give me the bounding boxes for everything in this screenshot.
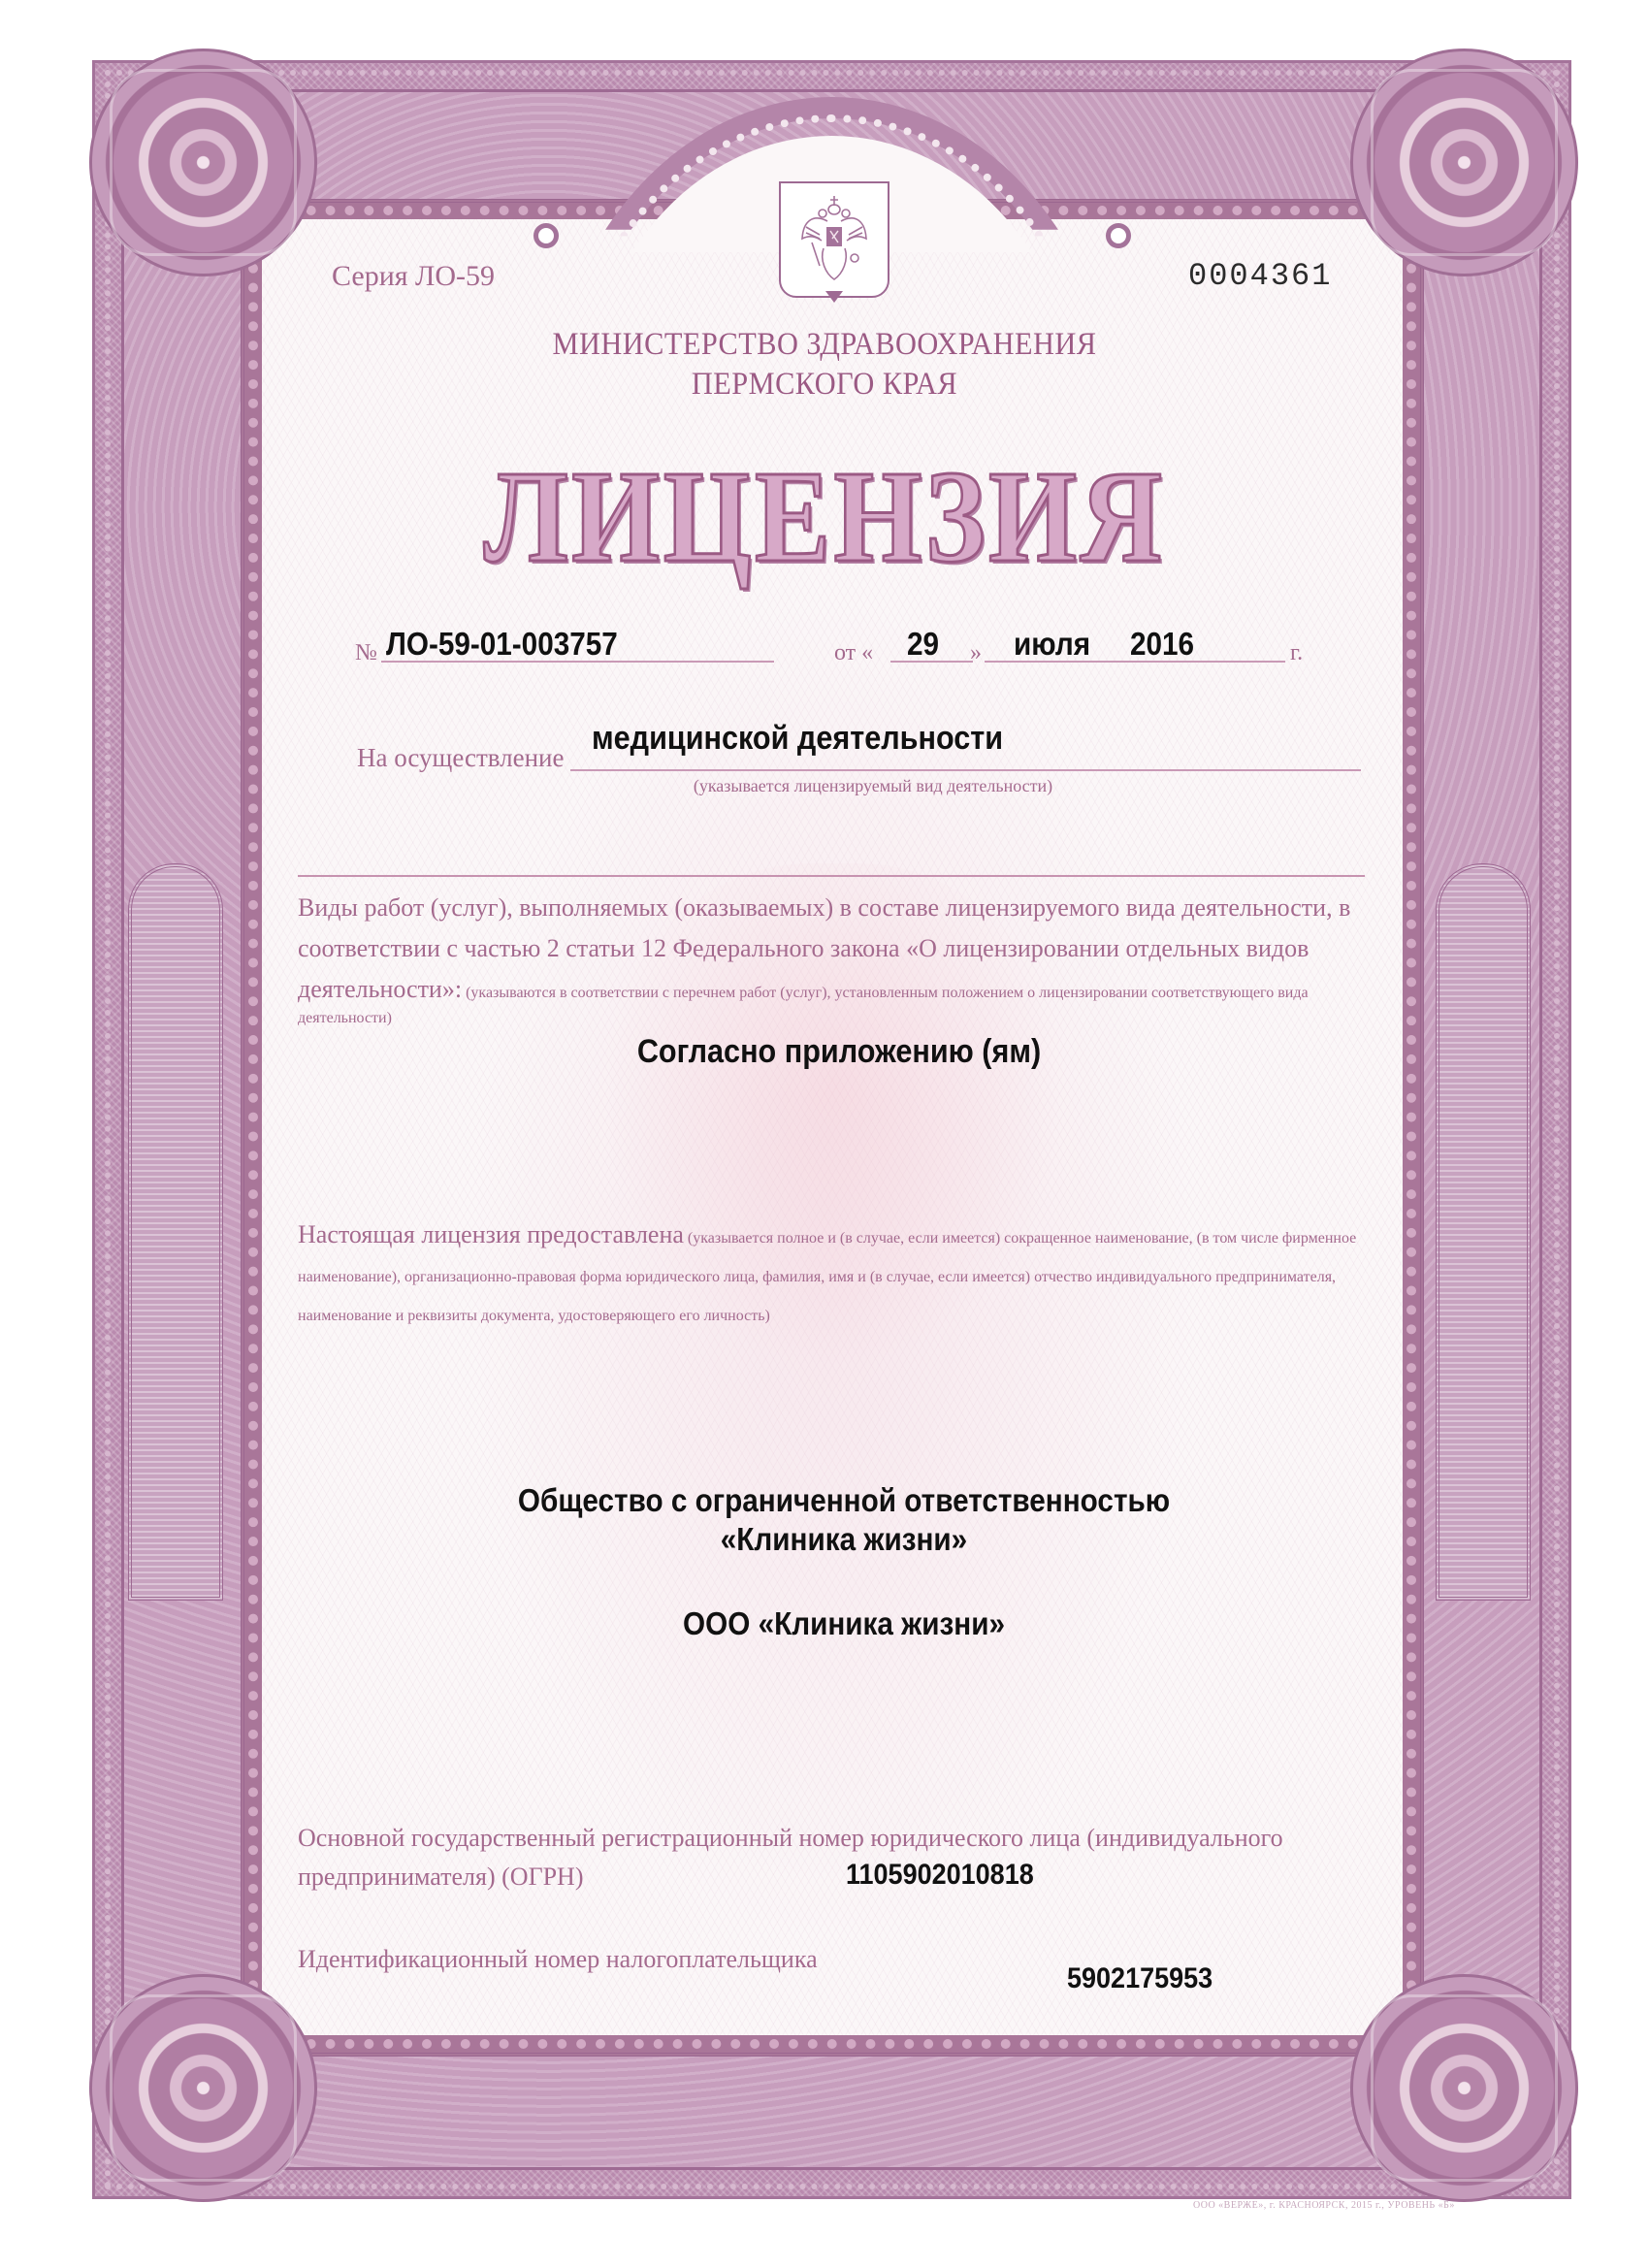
activity-value: медицинской деятельности — [592, 720, 1003, 758]
licensee-text: Настоящая лицензия предоставлена — [298, 1220, 684, 1248]
activity-label: На осуществление — [357, 743, 565, 773]
licensee-full-name: Общество с ограниченной ответственностью… — [84, 1481, 1603, 1559]
inn-value: 5902175953 — [1067, 1962, 1212, 1995]
licensee-description: Настоящая лицензия предоставлена (указыв… — [298, 1215, 1365, 1336]
works-description: Виды работ (услуг), выполняемых (оказыва… — [298, 888, 1365, 1027]
activity-underline — [570, 769, 1361, 771]
issuer-line-2: ПЕРМСКОГО КРАЯ — [66, 367, 1583, 403]
license-month: июля — [1014, 626, 1090, 663]
arch-knob-left-icon — [533, 223, 559, 248]
works-value: Согласно приложению (ям) — [84, 1033, 1595, 1071]
shield-tip — [825, 291, 843, 303]
license-number: ЛО-59-01-003757 — [386, 626, 618, 663]
ogrn-label: Основной государственный регистрационный… — [298, 1819, 1374, 1896]
issuer-line-1: МИНИСТЕРСТВО ЗДРАВООХРАНЕНИЯ — [66, 327, 1583, 363]
licensee-full-name-line1: Общество с ограниченной ответственностью — [84, 1481, 1603, 1520]
license-certificate: Серия ЛО-59 0004361 МИНИСТЕРСТВО ЗДРАВОО… — [0, 0, 1649, 2268]
month-year-underline — [985, 661, 1285, 663]
license-number-label: № — [355, 640, 377, 666]
section-divider — [298, 875, 1365, 877]
license-year: 2016 — [1130, 626, 1194, 663]
license-day: 29 — [907, 626, 939, 663]
license-number-underline — [381, 661, 774, 663]
licensee-full-name-line2: «Клиника жизни» — [84, 1520, 1603, 1559]
year-suffix: г. — [1290, 640, 1303, 666]
date-close-quote: » — [970, 640, 982, 666]
activity-hint: (указывается лицензируемый вид деятельно… — [0, 776, 1649, 796]
document-title: ЛИЦЕНЗИЯ — [115, 441, 1534, 593]
licensee-short-name: ООО «Клиника жизни» — [84, 1605, 1603, 1642]
arch-knob-right-icon — [1106, 223, 1131, 248]
russian-coat-of-arms-icon — [798, 192, 870, 287]
corner-rosette-top-right-icon — [1350, 49, 1578, 276]
series-label: Серия ЛО-59 — [332, 260, 495, 293]
date-from-label: от « — [834, 640, 873, 666]
printer-imprint: ООО «ВЕРЖЕ», г. КРАСНОЯРСК, 2015 г., УРО… — [1193, 2200, 1455, 2211]
serial-number: 0004361 — [1188, 258, 1332, 294]
corner-rosette-top-left-icon — [89, 49, 317, 276]
ogrn-value: 1105902010818 — [846, 1859, 1034, 1892]
corner-rosette-bottom-left-icon — [89, 1974, 317, 2202]
day-underline — [890, 661, 973, 663]
corner-rosette-bottom-right-icon — [1350, 1974, 1578, 2202]
inn-label: Идентификационный номер налогоплательщик… — [298, 1945, 818, 1974]
